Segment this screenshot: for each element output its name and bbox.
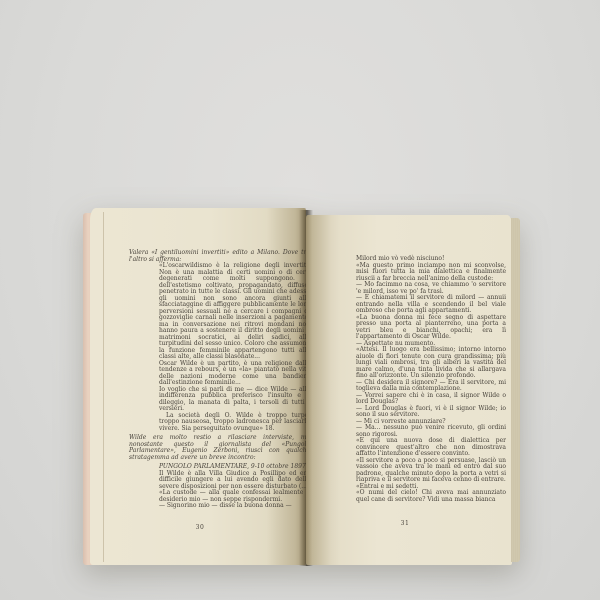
left-page: Valera «I gentiluomini invertiti» edito … — [90, 208, 306, 565]
open-book: Valera «I gentiluomini invertiti» edito … — [83, 208, 523, 569]
body-paragraph: «Attesi. Il luogo era bellissimo; intorn… — [356, 347, 506, 380]
left-page-text: Valera «I gentiluomini invertiti» edito … — [129, 250, 310, 510]
body-paragraph: — Vorrei sapere chi è in casa, il signor… — [356, 393, 506, 406]
body-paragraph: «Il servitore a poco a poco si persuase,… — [356, 458, 506, 484]
page-number-right: 31 — [302, 520, 508, 527]
narrator-paragraph: Wilde era molto restio a rilasciare inte… — [129, 435, 310, 461]
body-paragraph: Il Wilde è alla Villa Giudice a Posillip… — [159, 471, 310, 491]
page-number-left: 30 — [92, 524, 308, 531]
blockquote-1: «L'oscarwildismo è la religione degli in… — [159, 263, 310, 432]
body-paragraph: «O numi del cielo! Chi aveva mai annunzi… — [356, 490, 506, 503]
right-page-text: Milord mio vò vedè nisciuno! «Ma questo … — [356, 256, 506, 503]
body-paragraph: — Signorino mio — disse la buona donna — — [159, 503, 310, 510]
blockquote-2: PUNGOLO PARLAMENTARE, 9-10 ottobre 1897.… — [159, 464, 310, 510]
photo-background: Valera «I gentiluomini invertiti» edito … — [0, 0, 600, 600]
body-paragraph: «Ma questo primo inciampo non mi sconvol… — [356, 263, 506, 283]
quote-paragraph: Io voglio che si parli di me — dice Wild… — [159, 387, 310, 413]
body-paragraph: — Lord Douglas è fuori, vi è il signor W… — [356, 406, 506, 419]
quote-paragraph: La società degli O. Wilde è troppo turpe… — [159, 413, 310, 433]
right-page-fold-shadow — [306, 215, 340, 565]
right-page: Milord mio vò vedè nisciuno! «Ma questo … — [306, 215, 512, 565]
quote-paragraph: Oscar Wilde è un partito, è una religion… — [159, 361, 310, 387]
body-paragraph: «La buona donna mi fece segno di aspetta… — [356, 315, 506, 341]
page-stack-edge — [511, 218, 520, 562]
body-paragraph: — Chi desidera il signore? — Era il serv… — [356, 380, 506, 393]
body-paragraph: — E chiamatemi il servitore di milord — … — [356, 295, 506, 315]
page-crease — [103, 212, 104, 562]
body-paragraph: «E qui una nuova dose di dialettica per … — [356, 438, 506, 458]
quote-paragraph: «L'oscarwildismo è la religione degli in… — [159, 263, 310, 361]
